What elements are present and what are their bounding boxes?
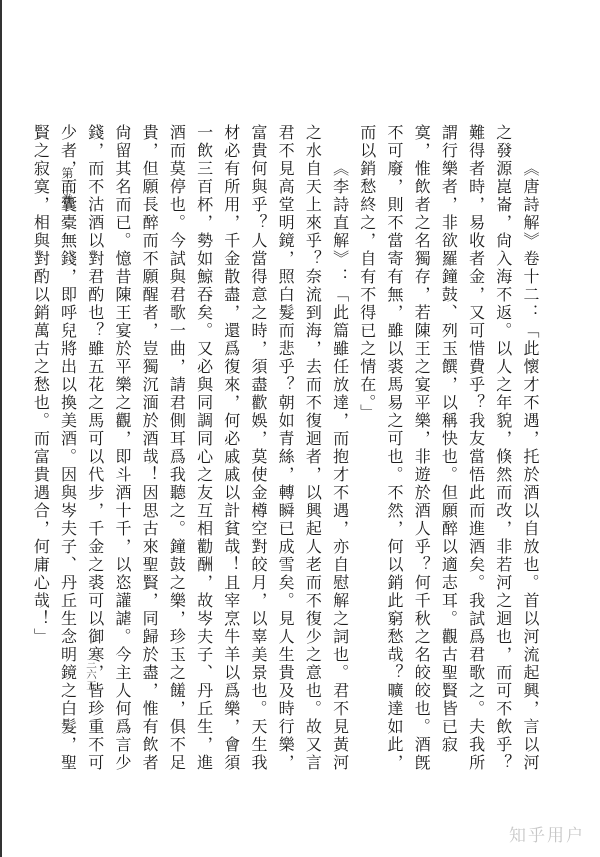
scan-gutter-line <box>0 0 2 857</box>
text-area: 《唐詩解》卷十二：「此懷才不遇，托於酒以自放也。首以河流起興，言以河之發源崑崙，… <box>26 124 543 774</box>
entry-lishizhijie-body: 「此篇雖任放達，而抱才不遇，亦自慰解之詞也。君不見黃河之水自天上來乎？奈流到海，… <box>31 124 347 772</box>
page-number: 三六五 <box>83 658 98 691</box>
entry-lishizhijie-title: 《李詩直解》： <box>331 160 348 286</box>
entry-lishizhijie: 《李詩直解》：「此篇雖任放達，而抱才不遇，亦自慰解之詞也。君不見黃河之水自天上來… <box>26 124 352 774</box>
watermark: 知乎用户 <box>509 821 585 846</box>
entry-tangshijie-title: 《唐詩解》卷十二： <box>521 160 538 322</box>
entry-tangshijie: 《唐詩解》卷十二：「此懷才不遇，托於酒以自放也。首以河流起興，言以河之發源崑崙，… <box>353 124 543 774</box>
book-page: 第三卷 《唐詩解》卷十二：「此懷才不遇，托於酒以自放也。首以河流起興，言以河之發… <box>0 0 600 857</box>
entry-tangshijie-body: 「此懷才不遇，托於酒以自放也。首以河流起興，言以河之發源崑崙，尙入海不返。以人之… <box>358 124 538 772</box>
